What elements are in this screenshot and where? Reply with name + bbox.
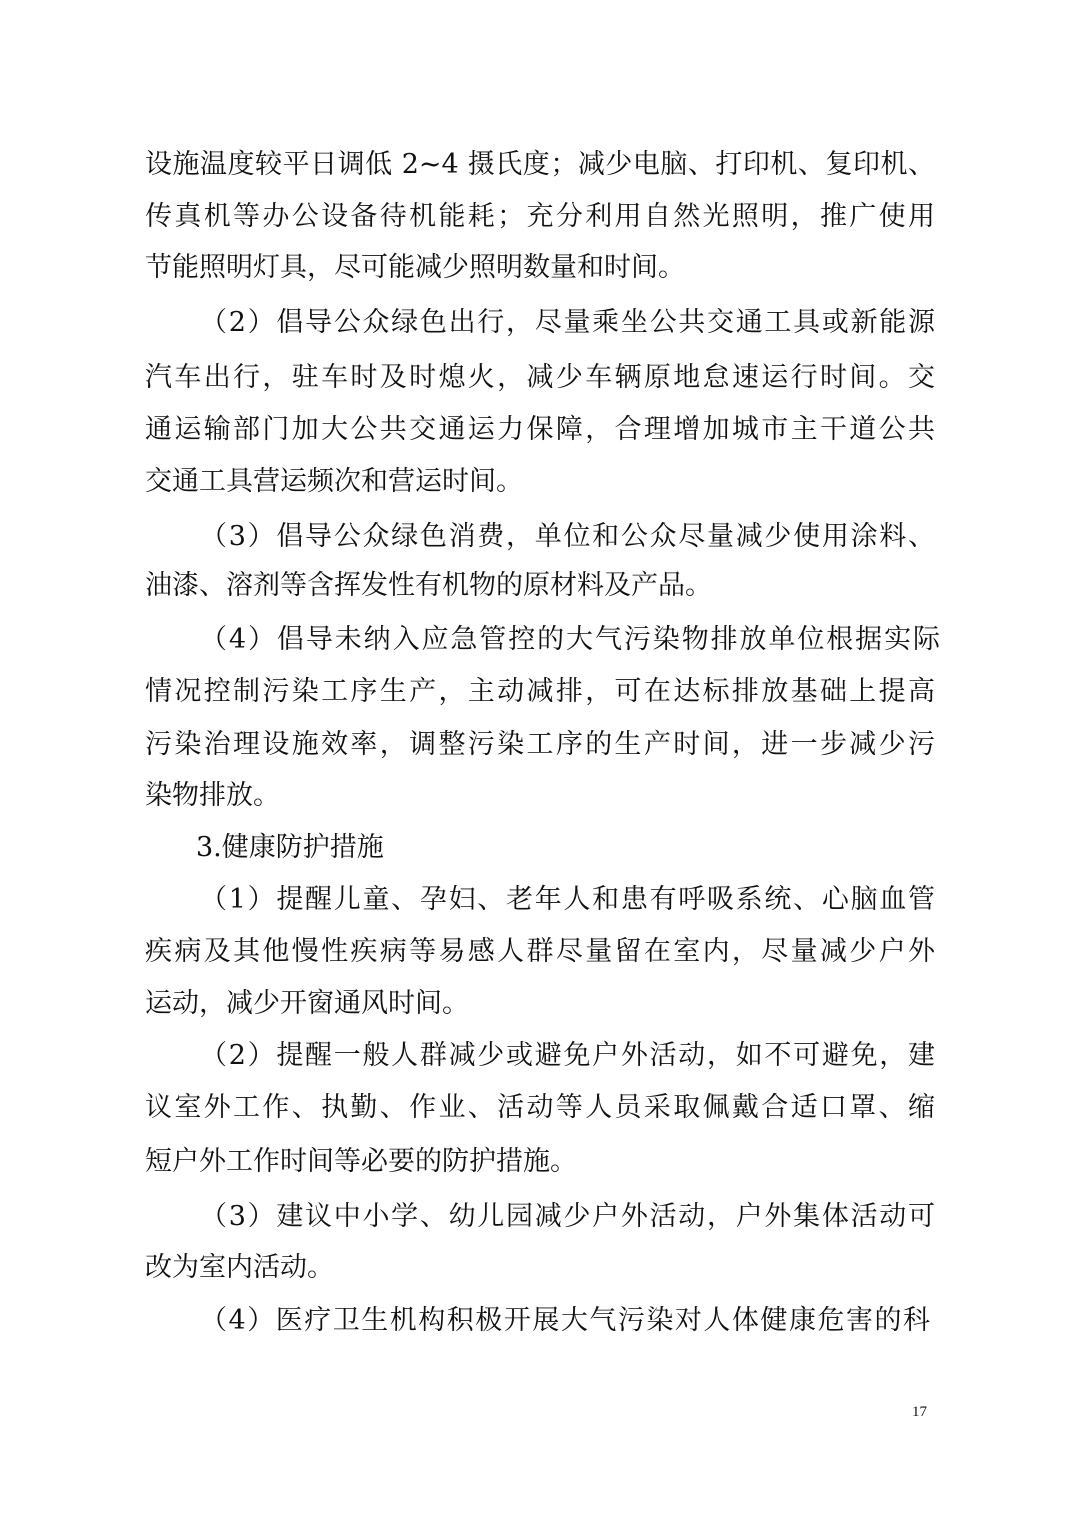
paragraph-start: （3）建议中小学、幼儿园减少户外活动，户外集体活动可 — [200, 1199, 935, 1235]
text-line: 油漆、溶剂等含挥发性有机物的原材料及产品。 — [145, 568, 935, 604]
document-page: 设施温度较平日调低 2~4 摄氏度；减少电脑、打印机、复印机、 传真机等办公设备… — [0, 0, 1074, 1520]
text-line: 运动，减少开窗通风时间。 — [145, 986, 935, 1022]
text-line: 通运输部门加大公共交通运力保障，合理增加城市主干道公共 — [145, 412, 935, 448]
paragraph-start: （2）提醒一般人群减少或避免户外活动，如不可避免，建 — [200, 1038, 935, 1074]
text-line: 议室外工作、执勤、作业、活动等人员采取佩戴合适口罩、缩 — [145, 1090, 935, 1126]
text-line: 改为室内活动。 — [145, 1250, 935, 1286]
text-line: 传真机等办公设备待机能耗；充分利用自然光照明，推广使用 — [145, 199, 935, 235]
text-line: 污染治理设施效率，调整污染工序的生产时间，进一步减少污 — [145, 727, 935, 763]
paragraph-start: （4）医疗卫生机构积极开展大气污染对人体健康危害的科 — [200, 1303, 930, 1339]
text-line: 交通工具营运频次和营运时间。 — [145, 464, 935, 500]
text-line: 情况控制污染工序生产，主动减排，可在达标排放基础上提高 — [145, 674, 935, 710]
page-number: 17 — [912, 1404, 927, 1421]
section-heading: 3.健康防护措施 — [196, 830, 926, 866]
paragraph-start: （2）倡导公众绿色出行，尽量乘坐公共交通工具或新能源 — [200, 305, 935, 341]
text-line: 汽车出行，驻车时及时熄火，减少车辆原地怠速运行时间。交 — [145, 360, 935, 396]
text-line: 疾病及其他慢性疾病等易感人群尽量留在室内，尽量减少户外 — [145, 934, 935, 970]
paragraph-start: （3）倡导公众绿色消费，单位和公众尽量减少使用涂料、 — [200, 519, 935, 555]
paragraph-start: （4）倡导未纳入应急管控的大气污染物排放单位根据实际 — [200, 622, 940, 658]
text-line: 短户外工作时间等必要的防护措施。 — [145, 1144, 935, 1180]
paragraph-start: （1）提醒儿童、孕妇、老年人和患有呼吸系统、心脑血管 — [200, 882, 935, 918]
text-line: 染物排放。 — [145, 778, 935, 814]
text-line: 节能照明灯具，尽可能减少照明数量和时间。 — [145, 250, 935, 286]
text-line: 设施温度较平日调低 2~4 摄氏度；减少电脑、打印机、复印机、 — [145, 147, 935, 183]
